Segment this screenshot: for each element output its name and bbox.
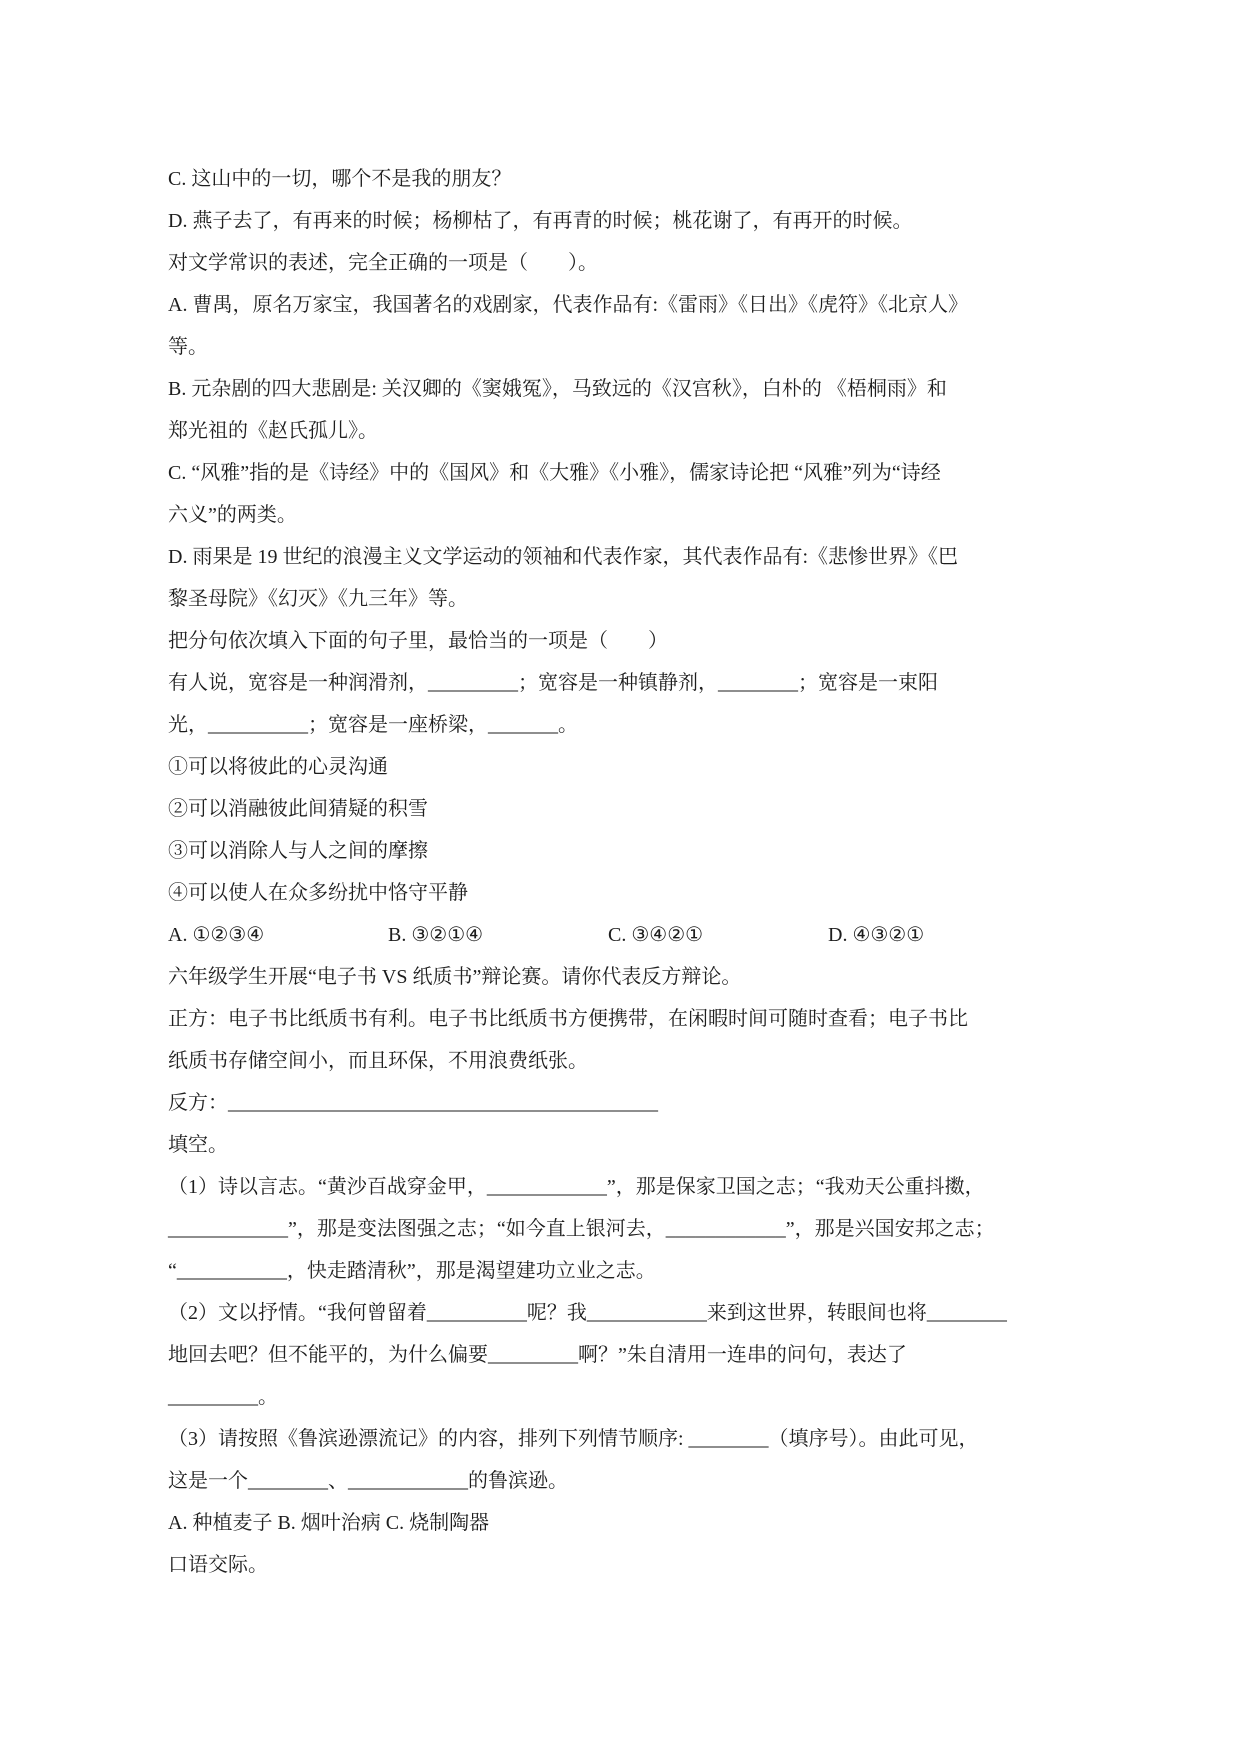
- line-tolerance-sentence-1: 有人说，宽容是一种润滑剂，_________；宽容是一种镇静剂，________…: [168, 662, 1113, 704]
- line-literature-option-d: D. 雨果是 19 世纪的浪漫主义文学运动的领袖和代表作家，其代表作品有:《悲惨…: [168, 536, 1113, 578]
- line-fill-in-heading: 填空。: [168, 1124, 1113, 1166]
- line-fill-part1-cont1: ____________”，那是变法图强之志；“如今直上银河去，________…: [168, 1208, 1113, 1250]
- line-literature-option-c: C. “风雅”指的是《诗经》中的《国风》和《大雅》《小雅》，儒家诗论把 “风雅”…: [168, 452, 1113, 494]
- line-literature-option-b-cont: 郑光祖的《赵氏孤儿》。: [168, 410, 1113, 452]
- line-clause-1: ①可以将彼此的心灵沟通: [168, 746, 1113, 788]
- answer-option-d: D. ④③②①: [828, 914, 924, 956]
- line-tolerance-sentence-2: 光，__________；宽容是一座桥梁，_______。: [168, 704, 1113, 746]
- line-option-c: C. 这山中的一切，哪个不是我的朋友？: [168, 158, 1113, 200]
- line-debate-pro-side: 正方：电子书比纸质书有利。电子书比纸质书方便携带，在闲暇时间可随时查看；电子书比: [168, 998, 1113, 1040]
- line-literature-option-a-cont: 等。: [168, 326, 1113, 368]
- line-fill-part3: （3）请按照《鲁滨逊漂流记》的内容，排列下列情节顺序: ________（填序号…: [168, 1418, 1113, 1460]
- answer-options-row: A. ①②③④ B. ③②①④ C. ③④②① D. ④③②①: [168, 914, 1113, 956]
- answer-option-a: A. ①②③④: [168, 914, 388, 956]
- answer-option-b: B. ③②①④: [388, 914, 608, 956]
- line-debate-pro-side-cont: 纸质书存储空间小，而且环保，不用浪费纸张。: [168, 1040, 1113, 1082]
- line-plot-options: A. 种植麦子 B. 烟叶治病 C. 烧制陶器: [168, 1502, 1113, 1544]
- line-literature-question-stem: 对文学常识的表述，完全正确的一项是（ ）。: [168, 242, 1113, 284]
- line-clause-2: ②可以消融彼此间猜疑的积雪: [168, 788, 1113, 830]
- line-oral-communication-heading: 口语交际。: [168, 1544, 1113, 1586]
- line-fill-part2-cont2: _________。: [168, 1376, 1113, 1418]
- exam-paper-page: C. 这山中的一切，哪个不是我的朋友？ D. 燕子去了，有再来的时候；杨柳枯了，…: [0, 0, 1241, 1754]
- line-debate-con-side-blank: 反方：_____________________________________…: [168, 1082, 1113, 1124]
- line-literature-option-c-cont: 六义”的两类。: [168, 494, 1113, 536]
- line-fill-part1: （1）诗以言志。“黄沙百战穿金甲，____________”，那是保家卫国之志；…: [168, 1166, 1113, 1208]
- line-literature-option-b: B. 元杂剧的四大悲剧是: 关汉卿的《窦娥冤》，马致远的《汉宫秋》，白朴的 《梧…: [168, 368, 1113, 410]
- answer-option-c: C. ③④②①: [608, 914, 828, 956]
- line-clause-3: ③可以消除人与人之间的摩擦: [168, 830, 1113, 872]
- line-fill-part1-cont2: “___________，快走踏清秋”，那是渴望建功立业之志。: [168, 1250, 1113, 1292]
- line-option-d: D. 燕子去了，有再来的时候；杨柳枯了，有再青的时候；桃花谢了，有再开的时候。: [168, 200, 1113, 242]
- line-debate-intro: 六年级学生开展“电子书 VS 纸质书”辩论赛。请你代表反方辩论。: [168, 956, 1113, 998]
- line-literature-option-d-cont: 黎圣母院》《幻灭》《九三年》等。: [168, 578, 1113, 620]
- line-fill-part3-cont: 这是一个________、____________的鲁滨逊。: [168, 1460, 1113, 1502]
- line-fill-part2-cont1: 地回去吧？但不能平的，为什么偏要_________啊？”朱自清用一连串的问句，表…: [168, 1334, 1113, 1376]
- line-clause-question-stem: 把分句依次填入下面的句子里，最恰当的一项是（ ）: [168, 620, 1113, 662]
- line-literature-option-a: A. 曹禺，原名万家宝，我国著名的戏剧家，代表作品有:《雷雨》《日出》《虎符》《…: [168, 284, 1113, 326]
- line-clause-4: ④可以使人在众多纷扰中恪守平静: [168, 872, 1113, 914]
- line-fill-part2: （2）文以抒情。“我何曾留着__________呢？我____________来…: [168, 1292, 1113, 1334]
